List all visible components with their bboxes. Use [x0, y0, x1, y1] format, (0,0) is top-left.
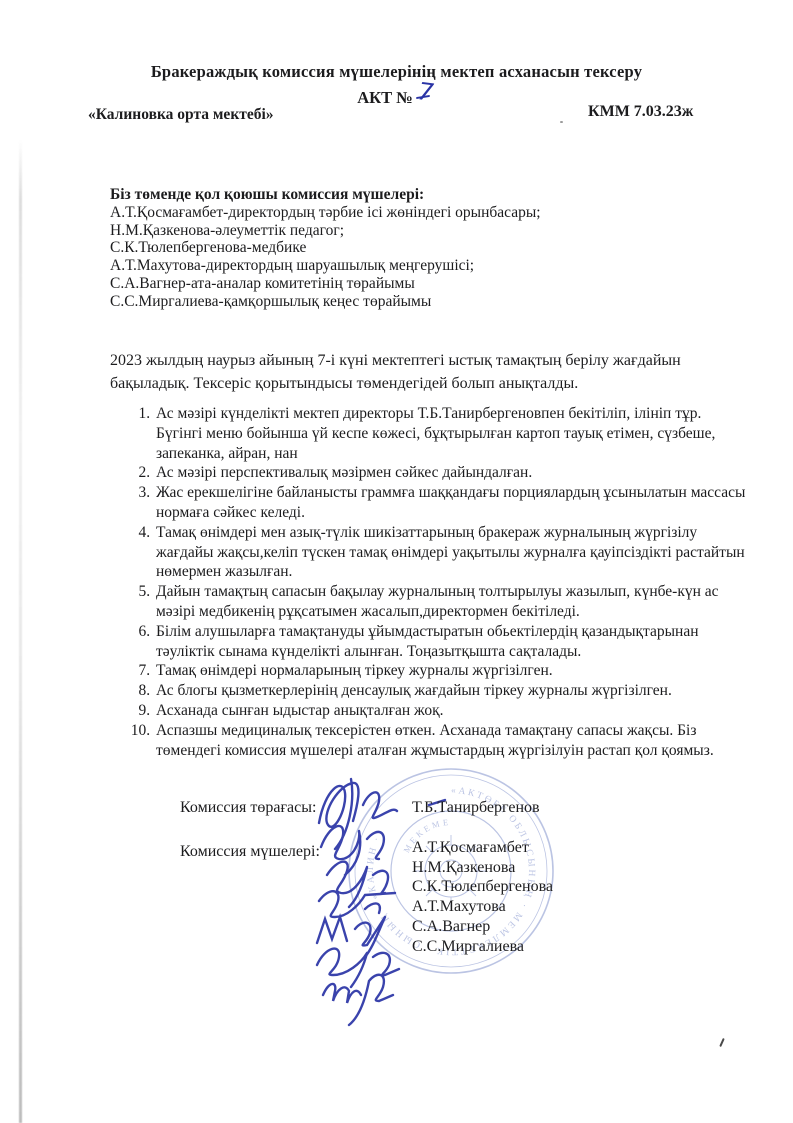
inspection-paragraph: 2023 жылдың наурыз айының 7-і күні мекте…	[110, 349, 732, 395]
scan-artifact-speck	[719, 1038, 724, 1047]
finding-item: Асханада сынған ыдыстар анықталған жоқ.	[154, 701, 750, 721]
finding-item: Жас ерекшелігіне байланысты граммға шаққ…	[154, 483, 750, 523]
member-signature-name: С.К.Тюлепбергенова	[412, 877, 553, 897]
finding-item: Тамақ өнімдері мен азық-түлік шикізаттар…	[154, 523, 750, 582]
member-line: С.К.Тюлепбергенова-медбике	[110, 239, 730, 257]
member-signature-name: А.Т.Қосмағамбет	[412, 838, 553, 858]
act-label: АКТ №	[357, 88, 413, 107]
members-intro-heading: Біз төменде қол қоюшы комиссия мүшелері:	[110, 186, 730, 204]
finding-item: Ас мәзірі перспективалық мәзірмен сәйкес…	[154, 463, 750, 483]
members-label: Комиссия мүшелері:	[180, 843, 320, 861]
document-page: Бракераждық комиссия мүшелерінің мектеп …	[0, 0, 793, 1123]
member-line: А.Т.Қосмағамбет-директордың тәрбие ісі ж…	[110, 204, 730, 222]
chairman-name: Т.Б.Танирбергенов	[412, 799, 540, 817]
document-title: Бракераждық комиссия мүшелерінің мектеп …	[0, 62, 793, 82]
commission-members-intro: Біз төменде қол қоюшы комиссия мүшелері:…	[110, 186, 730, 311]
member-signature-name: С.А.Вагнер	[412, 917, 553, 937]
member-line: А.Т.Махутова-директордың шаруашылық меңг…	[110, 257, 730, 275]
school-name: «Калиновка орта мектебі»	[88, 106, 274, 124]
member-line: С.С.Миргалиева-қамқоршылық кеңес төрайым…	[110, 293, 730, 311]
chairman-label: Комиссия төрағасы:	[180, 799, 316, 817]
member-line: Н.М.Қазкенова-әлеуметтік педагог;	[110, 222, 730, 240]
signature-block: Комиссия төрағасы: Т.Б.Танирбергенов Ком…	[0, 750, 793, 1030]
findings-list: Ас мәзірі күнделікті мектеп директоры Т.…	[120, 404, 750, 760]
finding-item: Ас мәзірі күнделікті мектеп директоры Т.…	[154, 404, 750, 463]
members-intro-list: А.Т.Қосмағамбет-директордың тәрбие ісі ж…	[110, 204, 730, 311]
finding-item: Білім алушыларға тамақтануды ұйымдастыра…	[154, 622, 750, 662]
doc-reference: КММ 7.03.23ж	[588, 103, 693, 121]
member-line: С.А.Вагнер-ата-аналар комитетінің төрайы…	[110, 275, 730, 293]
finding-item: Ас блогы қызметкерлерінің денсаулық жағд…	[154, 681, 750, 701]
member-signature-name: А.Т.Махутова	[412, 897, 553, 917]
scan-artifact-dot	[560, 121, 563, 123]
member-signature-name: Н.М.Қазкенова	[412, 858, 553, 878]
member-signature-name: С.С.Миргалиева	[412, 937, 553, 957]
member-signature-names: А.Т.ҚосмағамбетН.М.ҚазкеноваС.К.Тюлепбер…	[412, 838, 553, 956]
handwritten-act-number: 7	[416, 83, 436, 109]
finding-item: Дайын тамақтың сапасын бақылау журналыны…	[154, 582, 750, 622]
finding-item: Тамақ өнімдері нормаларының тіркеу журна…	[154, 661, 750, 681]
